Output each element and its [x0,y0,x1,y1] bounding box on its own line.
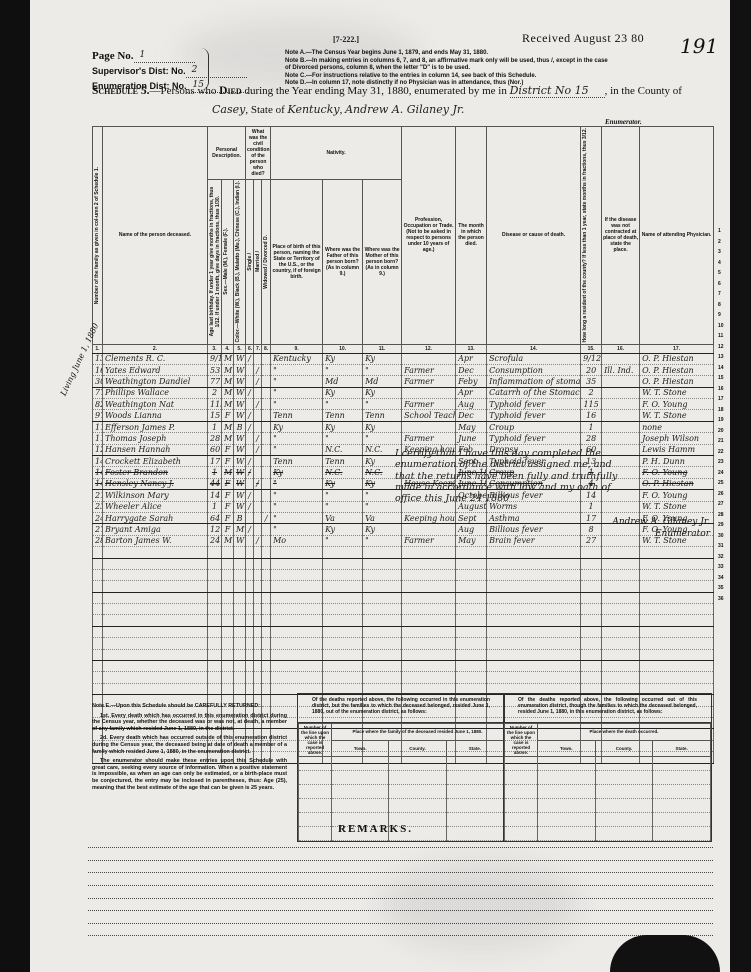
table-row: 16Yates Edward53MW/"""FarmerDecConsumpti… [93,364,714,375]
cell-married [254,683,262,694]
col-mother-birth: Where was the Mother of this person born… [363,180,402,344]
cell-sex: F [222,444,234,455]
cell-widowed [262,467,271,478]
cell-resid [581,547,602,558]
cell-sex: M [222,535,234,546]
col-town: Town. [332,740,389,757]
cell-name: Hensley Nancy J. [103,478,208,489]
cell-birth: " [271,364,323,375]
cell-age: 14 [208,490,222,501]
cell-widowed [262,649,271,660]
cell-physician [640,626,714,637]
cell-name: Wilkinson Mary [103,490,208,501]
cell-birth [271,558,323,569]
cell-father: " [323,364,363,375]
table-row [93,615,714,626]
cell-name: Barton James W. [103,535,208,546]
line-number: 14 [718,365,724,371]
cell-fam [93,604,103,615]
cell-occ [402,638,456,649]
cell-widowed [262,478,271,489]
cell-age: 12 [208,524,222,535]
note-e-p2: 2d. Every death which has occurred outsi… [92,735,287,755]
col-num: 9. [271,344,323,353]
cell-birth [271,626,323,637]
line-number: 2 [718,239,721,245]
col-residence: How long a resident of the county? If le… [582,128,588,343]
cell-occ [402,615,456,626]
table-row [93,649,714,660]
cell-contracted [602,649,640,660]
col-family-number: Number of the family as given in col-umn… [94,167,100,304]
col-sex: Sex.—Male (M.), Female (F.). [223,228,229,295]
cell-fam [93,626,103,637]
note-e-heading: Note E.—Upon this Schedule should be CAR… [92,703,287,710]
cell-color [234,672,246,683]
cell-age: 115 [208,399,222,410]
cell-contracted [602,604,640,615]
cell-color: W [234,387,246,398]
cell-married [254,467,262,478]
cell-birth: " [271,501,323,512]
cell-father: " [323,490,363,501]
cell-mother [363,626,402,637]
line-number: 34 [718,575,724,581]
cell-age: 1 [208,467,222,478]
line-number: 12 [718,344,724,350]
line-number: 25 [718,480,724,486]
cell-father [323,569,363,580]
cell-sex: F [222,512,234,523]
col-num: 2. [103,344,208,353]
cell-name [103,683,208,694]
cell-widowed [262,524,271,535]
cell-widowed [262,376,271,387]
col-birthplace: Place of birth of this person, naming th… [271,180,323,344]
col-group-residence: Place where the family of the deceased r… [332,724,504,741]
stain [380,860,580,950]
cell-month [456,661,487,672]
cell-widowed [262,661,271,672]
cell-month [456,581,487,592]
cert-line: enumeration of the district assigned me,… [395,459,715,470]
title-text: —Persons who [149,85,219,97]
cell-color: W [234,376,246,387]
cell-married [254,661,262,672]
cell-sex [222,672,234,683]
cell-mother: " [363,364,402,375]
cell-sex [222,569,234,580]
cell-physician: Joseph Wilson [640,433,714,444]
cell-father: Tenn [323,410,363,421]
col-num: 3. [208,344,222,353]
cell-name [103,649,208,660]
col-num: 6. [246,344,254,353]
cell-mother: " [363,433,402,444]
col-num: 7. [254,344,262,353]
cell-father: " [323,535,363,546]
cell-mother [363,569,402,580]
cell-physician [640,569,714,580]
cell-fam: 16 [93,364,103,375]
cell-resid: 16 [581,410,602,421]
line-number: 26 [718,491,724,497]
page-no-label: Page No. [92,49,134,63]
cell-father: Va [323,512,363,523]
cell-fam [93,672,103,683]
cell-mother [363,604,402,615]
cell-widowed [262,490,271,501]
table-row: 111Efferson James P.1MB/KyKyKyMayCroup1n… [93,421,714,432]
cell-fam: 246 [93,512,103,523]
cell-age: 64 [208,512,222,523]
cell-disease [487,661,581,672]
col-group-personal: Personal Description. [208,127,246,180]
cell-father [323,558,363,569]
cell-single [246,626,254,637]
cell-single: / [246,410,254,421]
cell-month: Sept [456,512,487,523]
col-disease: Disease or cause of death. [487,127,581,345]
deaths-table: Number of the family as given in col-umn… [92,126,714,764]
sub-table-intro: Of the deaths reported above, the follow… [298,694,504,723]
col-father-birth: Where was the Father of this person born… [323,180,363,344]
cell-disease: Catarrh of the Stomach [487,387,581,398]
col-state: State. [446,740,503,757]
cell-name: Hansen Hannah [103,444,208,455]
cell-single [246,364,254,375]
cell-married [254,353,262,364]
cell-month: Dec [456,364,487,375]
cell-father: " [323,399,363,410]
cell-color: W [234,467,246,478]
table-row [93,638,714,649]
cell-color [234,604,246,615]
cert-line: I certify that I have this day completed… [395,448,715,459]
cell-married [254,569,262,580]
cell-married [254,615,262,626]
cell-sex: F [222,524,234,535]
cell-widowed [262,558,271,569]
cell-single [246,638,254,649]
cell-mother: Ky [363,353,402,364]
cell-fam [93,615,103,626]
cell-birth [271,672,323,683]
cell-sex [222,604,234,615]
cell-disease: Croup [487,421,581,432]
cell-sex: F [222,501,234,512]
cell-resid [581,592,602,603]
cell-physician: F. O. Young [640,399,714,410]
page-no-value: 1 [134,48,195,63]
cell-contracted [602,558,640,569]
cell-birth: " [271,444,323,455]
cell-name [103,672,208,683]
cell-birth [271,661,323,672]
cell-occ [402,649,456,660]
cell-color: B [234,421,246,432]
cell-color: W [234,535,246,546]
cell-occ [402,592,456,603]
cell-physician [640,558,714,569]
cell-resid [581,661,602,672]
cell-color: W [234,456,246,467]
cell-name [103,581,208,592]
table-row: 118Thomas Joseph28MW/"""FarmerJuneTyphoi… [93,433,714,444]
table-row [93,672,714,683]
cell-color: W [234,501,246,512]
cell-contracted [602,547,640,558]
line-number: 29 [718,522,724,528]
cell-mother [363,615,402,626]
cell-married: / [254,535,262,546]
cell-color: W [234,490,246,501]
cell-mother: " [363,535,402,546]
cell-married [254,558,262,569]
col-group-civil: What was the civil condition of the pers… [246,127,271,180]
cell-married [254,410,262,421]
cell-resid: 115 [581,399,602,410]
cell-contracted [602,661,640,672]
schedule-label: Schedule 5. [92,85,149,97]
cell-married [254,512,262,523]
note-e-p3: The enumerator should make these entries… [92,758,287,791]
cell-sex [222,626,234,637]
cell-month: Feby [456,376,487,387]
cell-resid: 28 [581,433,602,444]
cell-widowed [262,638,271,649]
cell-contracted [602,638,640,649]
cell-father: N.C. [323,467,363,478]
cell-fam: 111 [93,421,103,432]
cell-disease: Typhoid fever [487,433,581,444]
cell-sex: M [222,433,234,444]
col-group-death-place: Place where the death occurred. [538,724,711,741]
cell-sex [222,638,234,649]
supervisor-label: Supervisor's Dist: No. [92,64,186,78]
table-row: 77Phillips Wallace2MW/"KyKyAprCatarrh of… [93,387,714,398]
cell-occ [402,626,456,637]
line-number: 10 [718,323,724,329]
cell-age [208,547,222,558]
cell-disease: Asthma [487,512,581,523]
cell-widowed [262,433,271,444]
cell-fam: 122 [93,444,103,455]
cell-sex [222,592,234,603]
column-numbers-row: 1. 2. 3. 4. 5. 6. 7. 8. 9. 10. 11. 12. 1… [93,344,714,353]
cell-contracted [602,615,640,626]
cell-fam [93,558,103,569]
cell-mother [363,581,402,592]
cell-sex: M [222,353,234,364]
cell-age: 60 [208,444,222,455]
cell-fam: 82 [93,399,103,410]
cell-mother: Ky [363,421,402,432]
cell-single [246,399,254,410]
cell-fam: 232 [93,501,103,512]
cell-color: W [234,399,246,410]
schedule-title: Schedule 5.—Persons who Died during the … [92,84,682,98]
cell-fam: 217 [93,490,103,501]
line-number: 35 [718,585,724,591]
cell-single [246,672,254,683]
cell-physician: O. P. Hiestan [640,364,714,375]
cell-age [208,569,222,580]
line-number: 30 [718,533,724,539]
cell-month [456,626,487,637]
col-county: County. [595,740,653,757]
cell-resid [581,581,602,592]
cell-age [208,661,222,672]
cell-contracted [602,592,640,603]
cell-disease [487,558,581,569]
col-month: The month in which the person died. [456,127,487,345]
line-number: 9 [718,312,721,318]
cell-mother: Ky [363,387,402,398]
cell-color: W [234,410,246,421]
cell-color [234,581,246,592]
col-num: 1. [93,344,103,353]
cell-sex: M [222,421,234,432]
cell-name: Woods Lianna [103,410,208,421]
cell-age: 15 [208,410,222,421]
remarks-line [88,860,713,861]
cell-month: Aug [456,524,487,535]
cell-widowed [262,410,271,421]
cell-month [456,615,487,626]
cell-father: N.C. [323,444,363,455]
cell-disease [487,569,581,580]
cell-sex [222,581,234,592]
certification: I certify that I have this day completed… [395,448,715,504]
cell-occ: Farmer [402,376,456,387]
cell-resid: 35 [581,376,602,387]
cell-color [234,649,246,660]
cell-father: Ky [323,353,363,364]
cell-mother [363,661,402,672]
cell-disease [487,581,581,592]
cell-widowed [262,626,271,637]
cell-disease: Billious fever [487,524,581,535]
outside-death-table: Of the deaths reported above, the follow… [503,693,712,842]
table-row [93,626,714,637]
cell-fam: 141 [93,456,103,467]
cell-father: Tenn [323,456,363,467]
cell-single [246,683,254,694]
cell-occ: Farmer [402,399,456,410]
cell-birth [271,569,323,580]
col-contracted: If the disease was not contracted at pla… [602,127,640,345]
cell-birth: " [271,512,323,523]
table-row [93,581,714,592]
cell-disease [487,604,581,615]
col-num: 5. [234,344,246,353]
cell-physician [640,547,714,558]
cell-occ [402,353,456,364]
cell-disease [487,626,581,637]
cell-sex: M [222,387,234,398]
cell-age: 77 [208,376,222,387]
cell-month: Dec [456,410,487,421]
col-line-number: Number of the line upon which the case i… [505,724,538,757]
cell-married [254,649,262,660]
cell-month: Apr [456,387,487,398]
died-label: Died [219,85,242,97]
cell-physician: W. T. Stone [640,387,714,398]
line-number: 19 [718,417,724,423]
cell-month [456,547,487,558]
col-num: 13. [456,344,487,353]
cell-single [246,558,254,569]
col-county: County. [389,740,446,757]
cell-mother [363,649,402,660]
cell-sex [222,683,234,694]
cell-single [246,569,254,580]
cell-resid [581,649,602,660]
cell-single [246,512,254,523]
cell-widowed: / [262,512,271,523]
table-row [93,569,714,580]
enumerator-value: Andrew A. Gilaney Jr. [345,103,464,116]
cell-physician [640,661,714,672]
cell-sex [222,649,234,660]
cell-fam [93,649,103,660]
cell-disease [487,592,581,603]
cell-occ [402,581,456,592]
cell-name: Weathington Nat [103,399,208,410]
cell-mother [363,638,402,649]
cell-married: / [254,444,262,455]
cell-married [254,638,262,649]
line-number: 4 [718,260,721,266]
cell-age: 24 [208,535,222,546]
cell-father [323,581,363,592]
cell-age [208,626,222,637]
cell-widowed [262,456,271,467]
cell-color: W [234,353,246,364]
cell-contracted [602,353,640,364]
cell-occ: Keeping house [402,512,456,523]
cell-occ: Farmer [402,433,456,444]
remarks-line [88,847,713,848]
cell-color [234,569,246,580]
cell-age [208,558,222,569]
cert-line: made in accordance with law and my oath … [395,482,715,493]
remarks-line [88,872,713,873]
cell-color: W [234,444,246,455]
cell-fam: 148 [93,478,103,489]
cell-name [103,638,208,649]
cell-name: Phillips Wallace [103,387,208,398]
state-value: Kentucky [288,103,340,116]
cell-contracted [602,387,640,398]
col-line-number: Number of the line upon which the case i… [299,724,332,757]
cell-birth [271,592,323,603]
outside-family-table: Of the deaths reported above, the follow… [297,693,505,842]
col-num: 11. [363,344,402,353]
cell-physician [640,592,714,603]
cell-color [234,638,246,649]
cell-contracted [602,399,640,410]
received-stamp: Received August 23 80 [522,31,644,46]
cell-name [103,661,208,672]
cell-married: / [254,376,262,387]
cell-single [246,535,254,546]
cell-birth: " [271,399,323,410]
cell-birth: " [271,387,323,398]
line-number: 13 [718,354,724,360]
cell-birth: " [271,524,323,535]
